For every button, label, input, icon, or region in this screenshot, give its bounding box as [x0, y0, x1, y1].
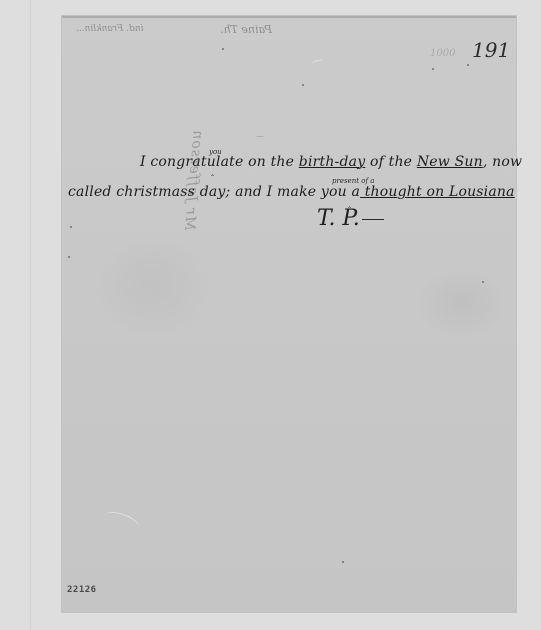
paper-speck	[302, 84, 304, 86]
paper-top-edge	[62, 16, 516, 18]
bleed-through-text-name: Paine Th.	[220, 23, 272, 36]
catalog-number: 22126	[67, 585, 97, 595]
line1-pre: I congratulate	[140, 154, 243, 170]
line1-mid: on the	[243, 154, 298, 170]
paper-scratch	[103, 508, 142, 534]
signature-initials: T. P.	[317, 206, 360, 231]
line2-pre: called christmass day; and I make you a	[68, 184, 360, 200]
paper-speck	[222, 48, 224, 50]
paper-scratch	[312, 59, 325, 67]
mount-fold-line	[30, 0, 31, 630]
signature: T. P.	[317, 206, 384, 231]
line2-post: thought on Lousiana	[360, 184, 515, 200]
bleed-through-text-left: ind. Franklin...	[76, 24, 143, 34]
paper-speck	[432, 68, 434, 70]
paper-speck	[68, 256, 70, 258]
signature-flourish	[362, 219, 384, 220]
letter-line-2: called christmass day; and I make you a …	[68, 184, 515, 200]
small-ink-mark: ⁓	[256, 132, 264, 141]
manuscript-page: ind. Franklin... Paine Th. Mr Jefferson …	[62, 16, 516, 612]
paper-speck	[467, 64, 469, 66]
line1-post: , now	[483, 154, 522, 170]
paper-speck	[70, 226, 72, 228]
line1-mid2: of the	[365, 154, 417, 170]
faint-annotation: 1000	[430, 48, 455, 59]
underlined-new-sun: New Sun	[417, 154, 483, 170]
bleed-through-vertical-text: Mr Jefferson	[181, 129, 206, 231]
paper-speck	[482, 281, 484, 283]
underlined-birth-day: birth-day	[299, 154, 366, 170]
scan-mount-background: ind. Franklin... Paine Th. Mr Jefferson …	[0, 0, 541, 630]
folio-number: 191	[472, 38, 510, 62]
paper-speck	[342, 561, 344, 563]
letter-line-1: I congratulate on the birth-day of the N…	[140, 154, 522, 170]
